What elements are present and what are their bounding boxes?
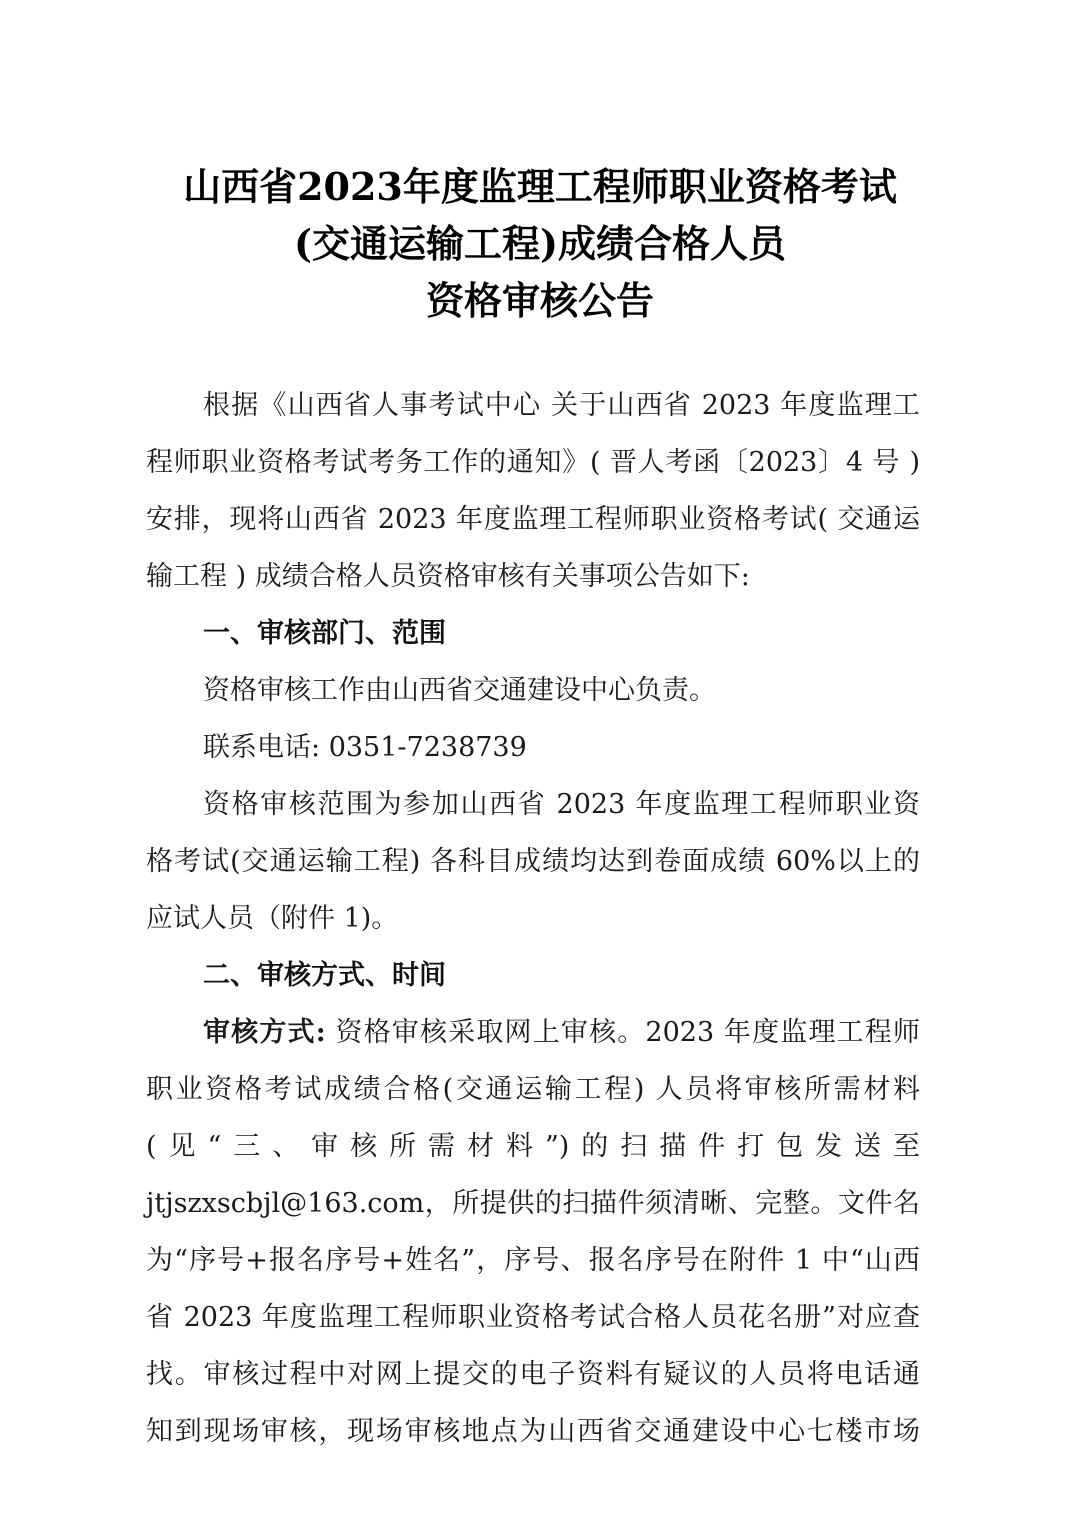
method-text: 资格审核采取网上审核。2023 年度监理工程师 [326, 1017, 920, 1048]
method-line: 省 2023 年度监理工程师职业资格考试合格人员花名册”对应查 [146, 1298, 920, 1338]
intro-line: 输工程 ) 成绩合格人员资格审核有关事项公告如下: [146, 557, 920, 597]
scope-line: 资格审核范围为参加山西省 2023 年度监理工程师职业资 [146, 785, 920, 825]
phone-label: 联系电话: [203, 732, 320, 763]
document-title: 山西省2023年度监理工程师职业资格考试 (交通运输工程)成绩合格人员 资格审核… [0, 158, 1080, 329]
responsible-text: 资格审核工作由山西省交通建设中心负责。 [146, 671, 920, 711]
method-label: 审核方式: [203, 1017, 326, 1048]
intro-line: 安排，现将山西省 2023 年度监理工程师职业资格考试( 交通运 [146, 500, 920, 540]
title-line-2: (交通运输工程)成绩合格人员 [0, 215, 1080, 272]
intro-line: 程师职业资格考试考务工作的通知》( 晋人考函〔2023〕4 号 ) [146, 443, 920, 483]
phone-line: 联系电话: 0351-7238739 [146, 728, 920, 768]
email-line: jtjszxscbjl@163.com，所提供的扫描件须清晰、完整。文件名 [146, 1184, 920, 1224]
title-line-3: 资格审核公告 [0, 272, 1080, 329]
method-line: (见“三、审核所需材料”)的扫描件打包发送至 [146, 1127, 920, 1167]
method-line: 为“序号+报名序号+姓名”，序号、报名序号在附件 1 中“山西 [146, 1241, 920, 1281]
method-line: 知到现场审核，现场审核地点为山西省交通建设中心七楼市场 [146, 1412, 920, 1452]
method-line: 审核方式: 资格审核采取网上审核。2023 年度监理工程师 [146, 1013, 920, 1053]
title-line-1: 山西省2023年度监理工程师职业资格考试 [0, 158, 1080, 215]
phone-number: 0351-7238739 [329, 732, 527, 763]
document-page: 山西省2023年度监理工程师职业资格考试 (交通运输工程)成绩合格人员 资格审核… [0, 0, 1080, 1527]
section-heading-2: 二、审核方式、时间 [146, 956, 920, 996]
method-line: 找。审核过程中对网上提交的电子资料有疑议的人员将电话通 [146, 1355, 920, 1395]
scope-line: 应试人员（附件 1)。 [146, 899, 920, 939]
method-line: 职业资格考试成绩合格(交通运输工程) 人员将审核所需材料 [146, 1070, 920, 1110]
section-heading-1: 一、审核部门、范围 [146, 614, 920, 654]
scope-line: 格考试(交通运输工程) 各科目成绩均达到卷面成绩 60%以上的 [146, 842, 920, 882]
intro-line: 根据《山西省人事考试中心 关于山西省 2023 年度监理工 [146, 386, 920, 426]
